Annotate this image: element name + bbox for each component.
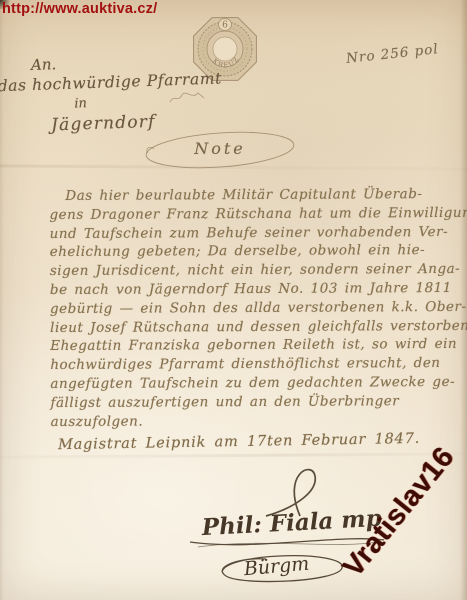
stamp-denomination: 6	[222, 21, 228, 31]
recipient-address-block: An. das hochwürdige Pfarramt in Jägerndo…	[15, 48, 224, 136]
signature-primary: Phil: Fiala mp	[200, 505, 382, 541]
body-line: Ehegattin Franziska gebornen Reileth ist…	[50, 335, 448, 356]
body-line: angefügten Taufschein zu dem gedachten Z…	[50, 373, 448, 394]
reference-number: Nro 256 pol	[345, 41, 439, 67]
dateline: Magistrat Leipnik am 17ten Februar 1847.	[58, 431, 420, 453]
body-line: be nach von Jägerndorf Haus No. 103 im J…	[50, 279, 448, 300]
body-line: lieut Josef Rütschana und dessen gleichf…	[50, 317, 448, 338]
body-line: gebürtig — ein Sohn des allda verstorben…	[50, 298, 448, 319]
body-line: und Taufschein zum Behufe seiner vorhabe…	[50, 223, 448, 244]
body-line: sigen Jurisdicent, nicht ein hier, sonde…	[50, 260, 448, 281]
body-line: ehelichung gebeten; Da derselbe, obwohl …	[50, 241, 448, 262]
body-line: fälligst auszufertigen und an den Überbr…	[50, 392, 448, 413]
body-line: hochwürdiges Pfarramt diensthöflichst er…	[50, 354, 448, 375]
note-heading-group: Note	[140, 127, 300, 173]
body-line: auszufolgen.	[51, 411, 449, 432]
auction-site-url-overlay: http://www.auktiva.cz/	[2, 1, 157, 17]
body-line: gens Dragoner Franz Rütschana hat um die…	[49, 204, 447, 225]
letter-body: Das hier beurlaubte Militär Capitulant Ü…	[49, 185, 448, 431]
signature-secondary: Bürgm	[242, 553, 310, 581]
body-line: Das hier beurlaubte Militär Capitulant Ü…	[49, 185, 447, 206]
scanned-letter-page: http://www.auktiva.cz/ 6 KREUZER An. das…	[0, 0, 467, 600]
note-heading: Note	[140, 139, 300, 158]
